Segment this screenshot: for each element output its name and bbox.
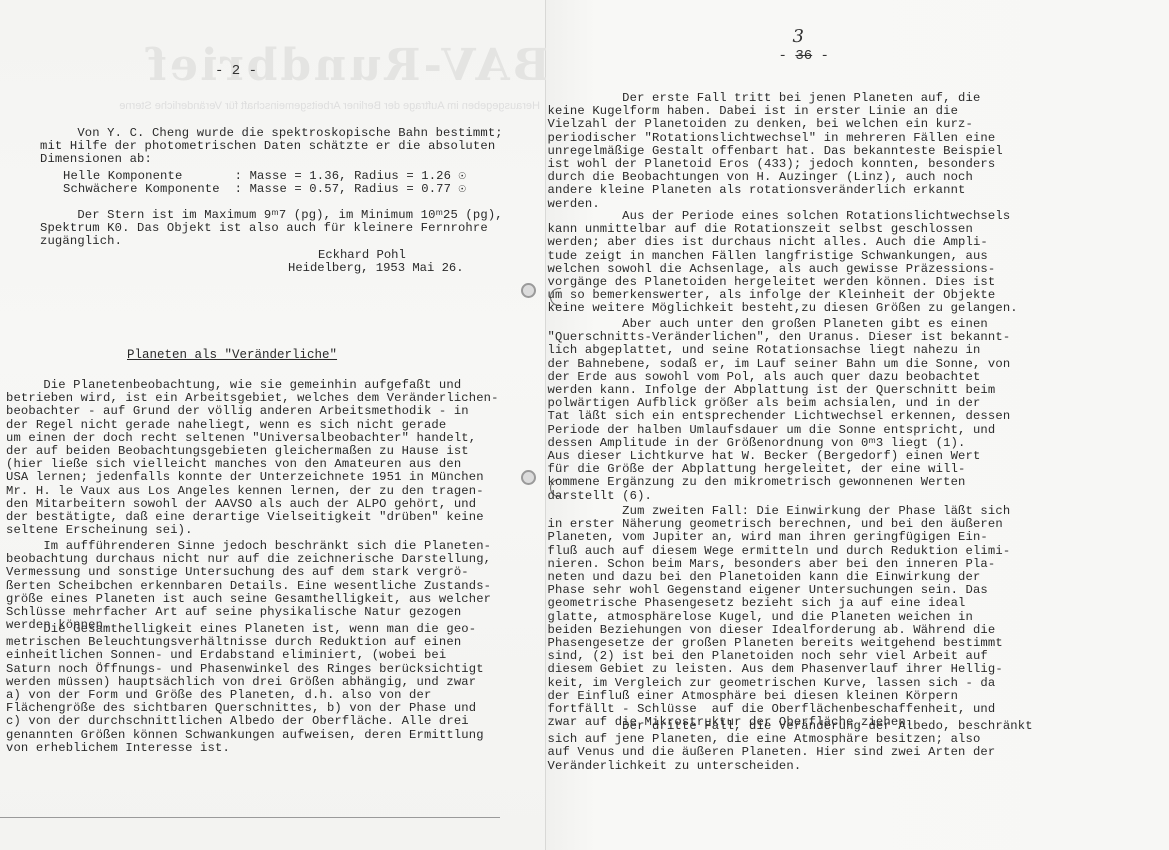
page-number-left: - 2 -: [215, 63, 257, 79]
right-paragraph-5: Der dritte Fall, die Veränderung der Alb…: [548, 720, 1033, 773]
punch-hole-top: [521, 283, 536, 298]
page-number-prefix: -: [779, 48, 796, 64]
paragraph-1: Die Planetenbeobachtung, wie sie gemeinh…: [6, 379, 499, 537]
signature-place-date: Heidelberg, 1953 Mai 26.: [288, 262, 464, 275]
right-page: - 36 - 3 Der erste Fall tritt bei jenen …: [546, 0, 1169, 850]
page-number-suffix: -: [812, 48, 829, 64]
page-number-struck: 36: [795, 48, 812, 64]
intro-paragraph: Von Y. C. Cheng wurde die spektroskopisc…: [40, 127, 503, 167]
right-paragraph-4: Zum zweiten Fall: Die Einwirkung der Pha…: [548, 505, 1011, 729]
punch-hole-bottom: [521, 470, 536, 485]
right-paragraph-2: Aus der Periode eines solchen Rotationsl…: [548, 210, 1018, 316]
left-page: BAV-Rundbrief Herausgegeben im Auftrage …: [0, 0, 546, 850]
bleed-through-subtitle: Herausgegeben im Auftrage der Berliner A…: [20, 100, 540, 112]
page-number-right: - 36 - 3: [779, 48, 829, 64]
paragraph-2: Im aufführenderen Sinne jedoch beschränk…: [6, 540, 491, 632]
right-paragraph-1: Der erste Fall tritt bei jenen Planeten …: [548, 92, 1003, 211]
bottom-rule: [0, 817, 500, 818]
component-faint: Schwächere Komponente : Masse = 0.57, Ra…: [63, 183, 466, 196]
page-number-handwritten: 3: [793, 26, 804, 47]
star-paragraph: Der Stern ist im Maximum 9ᵐ7 (pg), im Mi…: [40, 209, 503, 249]
bleed-through-title: BAV-Rundbrief: [90, 40, 550, 91]
document-spread: BAV-Rundbrief Herausgegeben im Auftrage …: [0, 0, 1169, 850]
section-heading: Planeten als "Veränderliche": [127, 348, 337, 362]
right-paragraph-3: Aber auch unter den großen Planeten gibt…: [548, 318, 1011, 503]
paragraph-3: Die Gesamthelligkeit eines Planeten ist,…: [6, 623, 484, 755]
